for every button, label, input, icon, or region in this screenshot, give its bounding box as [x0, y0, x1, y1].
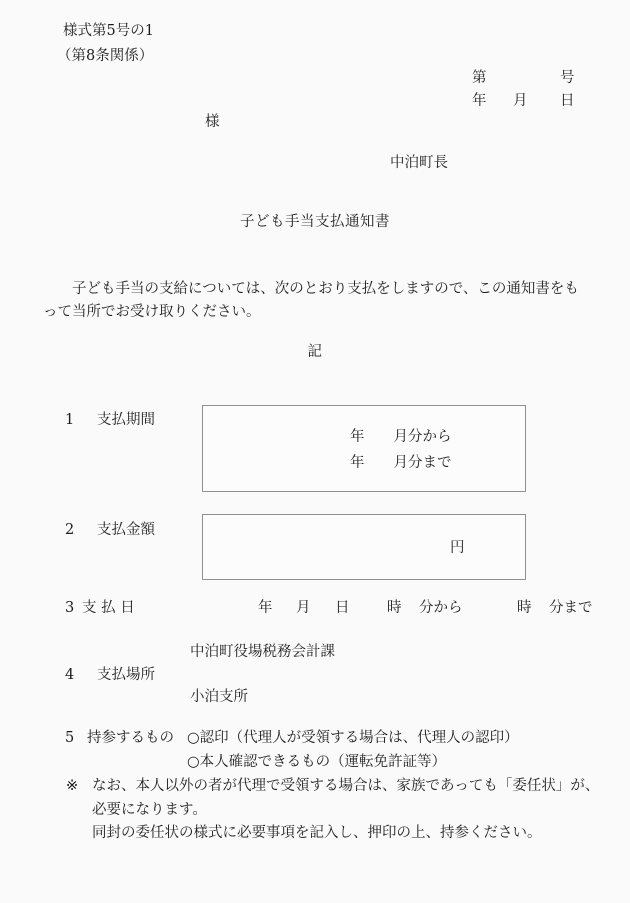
date-day-label: 日 — [560, 92, 575, 110]
note-marker: ※ — [66, 777, 78, 795]
date-month-label: 月 — [513, 92, 528, 110]
note-line-1: なお、本人以外の者が代理で受領する場合は、家族であっても「委任状」が、 — [92, 777, 599, 795]
payment-period-box — [202, 405, 526, 492]
payment-date-minute-to-label: 分まで — [549, 599, 593, 617]
payment-amount-unit: 円 — [450, 539, 465, 557]
payment-date-minute-from-label: 分から — [419, 599, 463, 617]
item-4-label: 支払場所 — [97, 666, 155, 684]
payment-date-day-label: 日 — [335, 599, 350, 617]
item-5-label: 持参するもの — [87, 729, 174, 747]
form-number: 様式第5号の1 — [63, 22, 154, 40]
item-2-label: 支払金額 — [97, 521, 155, 539]
payment-date-hour-from-label: 時 — [387, 599, 402, 617]
form-reference: （第8条関係） — [57, 47, 153, 65]
payment-place-branch: 小泊支所 — [190, 688, 248, 706]
doc-number-suffix: 号 — [560, 69, 575, 87]
items-to-bring-bullet-1: ○認印（代理人が受領する場合は、代理人の認印） — [187, 729, 519, 747]
date-year-label: 年 — [472, 92, 487, 110]
payment-date-hour-to-label: 時 — [517, 599, 532, 617]
addressee-suffix: 様 — [205, 113, 220, 131]
payment-period-to: 年 月分まで — [350, 454, 452, 472]
item-1-number: 1 — [65, 411, 74, 429]
item-5-number: 5 — [65, 729, 74, 747]
document-title: 子ども手当支払通知書 — [0, 213, 630, 231]
payment-period-from: 年 月分から — [350, 428, 452, 446]
record-mark: 記 — [0, 343, 630, 361]
sender-name: 中泊町長 — [390, 154, 448, 172]
note-line-3: 同封の委任状の様式に必要事項を記入し、押印の上、持参ください。 — [92, 824, 542, 842]
item-3-label: 支 払 日 — [82, 599, 135, 617]
items-to-bring-bullet-2: ○本人確認できるもの（運転免許証等） — [187, 753, 446, 771]
payment-date-year-label: 年 — [258, 599, 273, 617]
item-1-label: 支払期間 — [97, 411, 155, 429]
payment-notice-document: 様式第5号の1 （第8条関係） 第 号 年 月 日 様 中泊町長 子ども手当支払… — [0, 0, 630, 903]
body-paragraph: 子ども手当の支給については、次のとおり支払をしますので、この通知書をもって当所で… — [43, 278, 588, 324]
payment-date-month-label: 月 — [296, 599, 311, 617]
item-3-number: 3 — [65, 599, 74, 617]
payment-amount-box — [202, 514, 526, 580]
doc-number-prefix: 第 — [472, 69, 487, 87]
payment-place-office: 中泊町役場税務会計課 — [190, 643, 335, 661]
note-line-2: 必要になります。 — [92, 801, 207, 819]
item-4-number: 4 — [65, 666, 74, 684]
item-2-number: 2 — [65, 521, 74, 539]
